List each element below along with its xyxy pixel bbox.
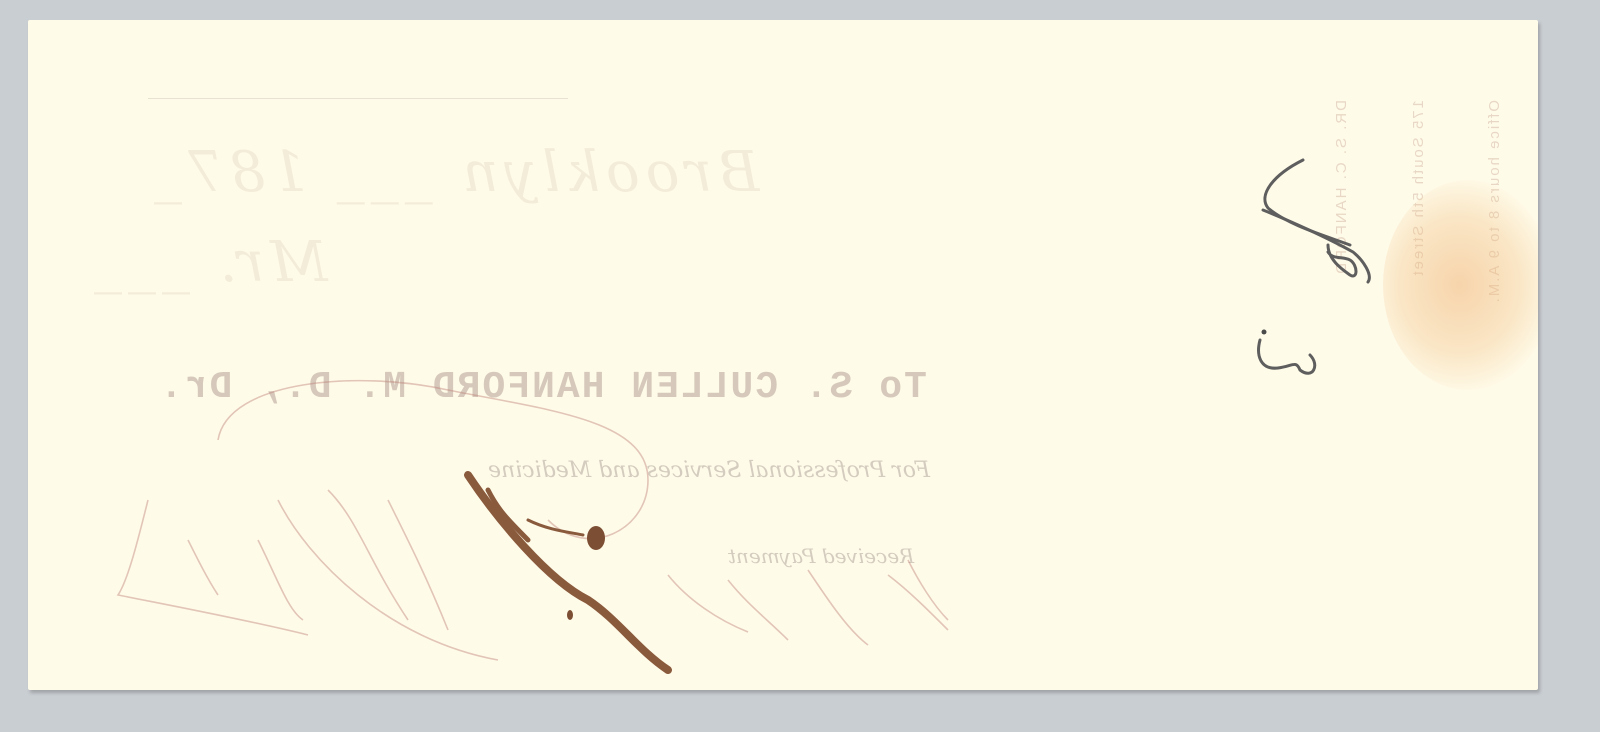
receipt-paper: Brooklyn ___ 187_ Mr. ___ To S. CULLEN H… xyxy=(28,20,1538,690)
handwriting-strokes xyxy=(28,20,1538,690)
